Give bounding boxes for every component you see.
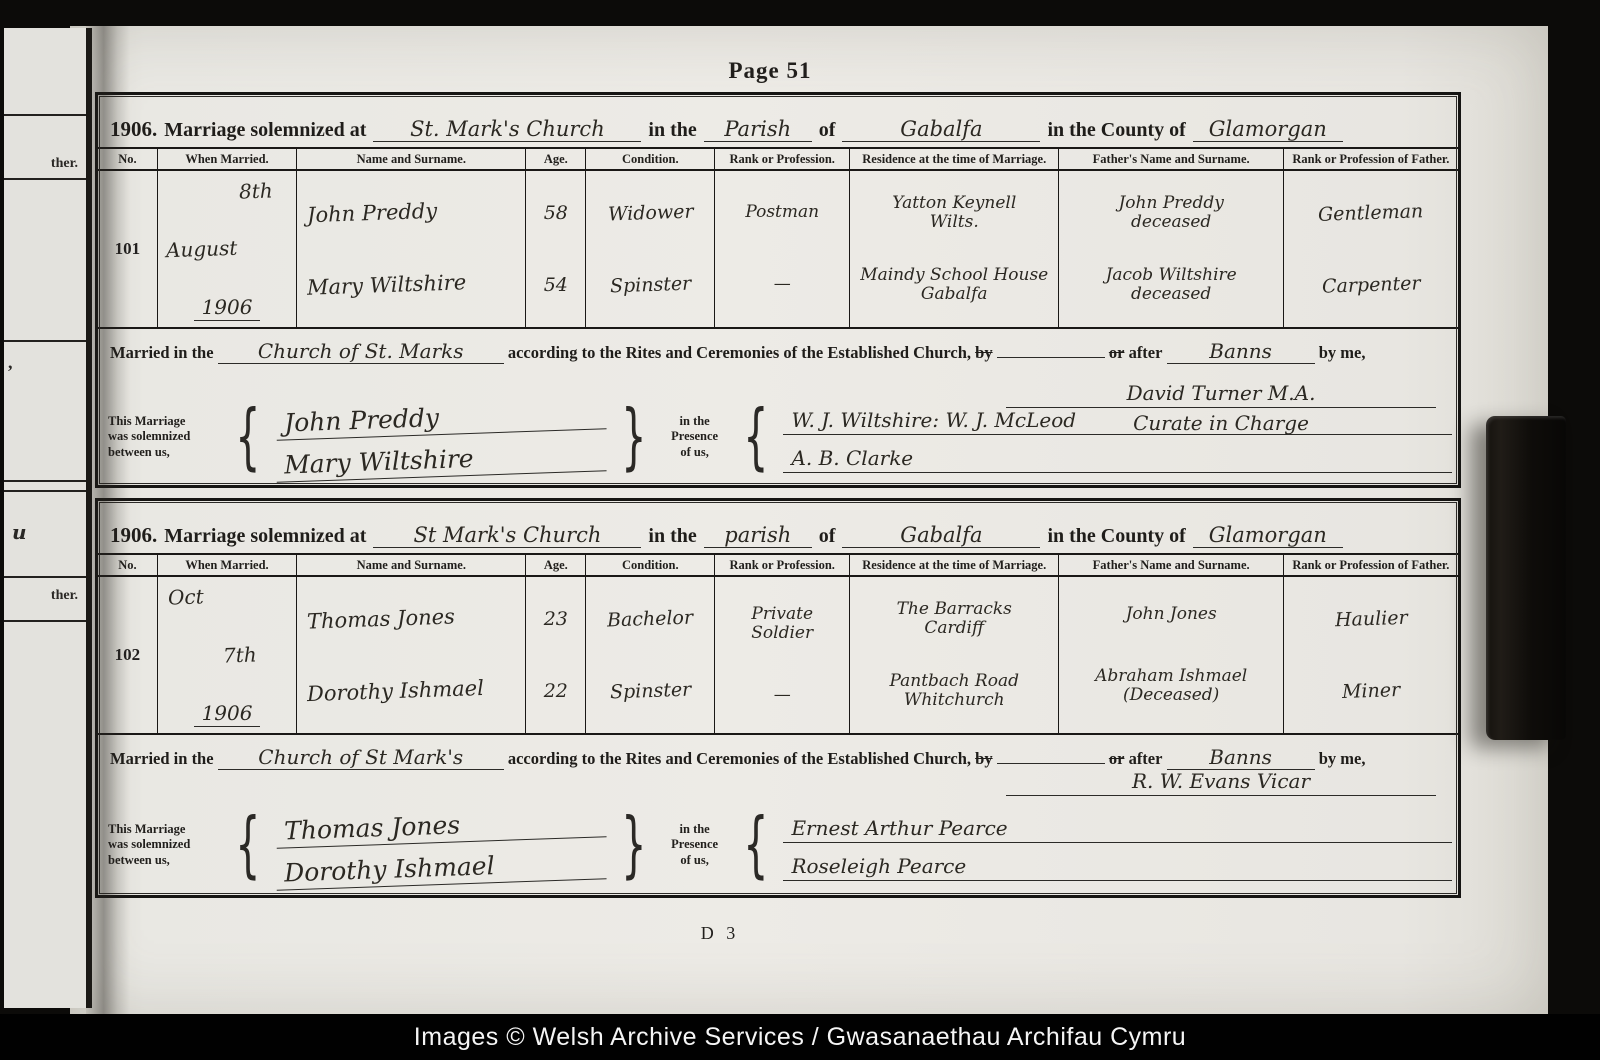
after-label: after (1129, 343, 1163, 362)
solemnized-label: This Marriagewas solemnizedbetween us, (108, 414, 220, 461)
groom-father: John Jones (1126, 605, 1217, 624)
rites-label: according to the Rites and Ceremonies of… (508, 343, 971, 362)
archive-credit-bar: Images © Welsh Archive Services / Gwasan… (0, 1014, 1600, 1060)
licence-blank (997, 344, 1105, 358)
col-when-married: When Married. (158, 555, 297, 575)
year: 1906. (110, 117, 157, 142)
brace-open: { (235, 406, 260, 467)
or-label: or (1109, 343, 1125, 362)
date-day: 7th (223, 642, 257, 667)
date-year: 1906 (194, 295, 261, 321)
officiant-title (1006, 796, 1436, 799)
brace-open: { (743, 406, 768, 467)
col-age: Age. (526, 555, 586, 575)
year: 1906. (110, 523, 157, 548)
col-father-rank: Rank or Profession of Father. (1284, 149, 1458, 169)
groom-name: Thomas Jones (307, 604, 456, 633)
officiant-signature: David Turner M.A. Curate in Charge (1006, 381, 1436, 435)
bride-father-profession: Carpenter (1321, 272, 1420, 297)
marriage-record-101: 1906. Marriage solemnized at St. Mark's … (95, 92, 1461, 488)
record-row: 102 Oct 7th 1906 Thomas Jones Dorothy Is… (98, 577, 1458, 735)
witness-signature-2: A. B. Clarke (783, 439, 1452, 473)
record-header: 1906. Marriage solemnized at St Mark's C… (98, 501, 1458, 553)
plate-mark: D 3 (70, 923, 1370, 944)
bride-father: Abraham Ishmael(Deceased) (1095, 667, 1247, 705)
county-of-label: in the County of (1047, 525, 1185, 548)
bride-name: Mary Wiltshire (307, 270, 467, 300)
date-month: Oct (167, 584, 203, 609)
archive-credit-text: Images © Welsh Archive Services / Gwasan… (414, 1023, 1186, 1052)
father-profession-cell: Gentleman Carpenter (1284, 171, 1458, 327)
when-married-cell: 8th August 1906 (158, 171, 297, 327)
county-entry: Glamorgan (1193, 117, 1343, 142)
table-line (4, 490, 86, 492)
col-when-married: When Married. (158, 149, 297, 169)
col-name-surname: Name and Surname. (297, 149, 526, 169)
officiant-name: David Turner M.A. (1006, 381, 1436, 408)
in-the-label: in the (648, 525, 696, 548)
groom-father-profession: Haulier (1334, 607, 1407, 632)
binding-clip (1486, 416, 1566, 740)
table-line (4, 576, 86, 578)
parish-word-entry: Parish (704, 117, 812, 142)
table-line (4, 340, 86, 342)
col-father-name: Father's Name and Surname. (1059, 149, 1283, 169)
parish-word-entry: parish (704, 523, 812, 548)
facing-page-sliver: ther. , u ther. (4, 28, 92, 1008)
bride-condition: Spinster (609, 679, 691, 704)
parish-entry: Gabalfa (842, 523, 1040, 548)
brace-close: } (621, 406, 646, 467)
married-in-entry: Church of St. Marks (218, 339, 504, 364)
profession-cell: PrivateSoldier — (715, 577, 850, 733)
groom-father: John Preddydeceased (1118, 194, 1223, 232)
officiant-title: Curate in Charge (1006, 408, 1436, 435)
parish-entry: Gabalfa (842, 117, 1040, 142)
church-entry: St Mark's Church (373, 523, 641, 548)
entry-number-cell: 101 (98, 171, 158, 327)
bride-father-profession: Miner (1341, 679, 1400, 703)
witness-signatures: Ernest Arthur Pearce Roseleigh Pearce (783, 809, 1452, 881)
solemnized-at-label: Marriage solemnized at (164, 119, 366, 142)
solemnized-at-label: Marriage solemnized at (164, 525, 366, 548)
officiant-name: R. W. Evans Vicar (1006, 769, 1436, 796)
col-rank: Rank or Profession. (715, 555, 850, 575)
married-in-entry: Church of St Mark's (218, 745, 504, 770)
after-label: after (1129, 749, 1163, 768)
condition-cell: Widower Spinster (586, 171, 715, 327)
brace-open: { (235, 814, 260, 875)
margin-fragment: u (12, 520, 27, 544)
col-no: No. (98, 555, 158, 575)
col-father-rank: Rank or Profession of Father. (1284, 555, 1458, 575)
when-married-cell: Oct 7th 1906 (158, 577, 297, 733)
table-line (4, 480, 86, 482)
col-condition: Condition. (586, 555, 715, 575)
presence-label: in thePresenceof us, (662, 414, 728, 461)
profession-cell: Postman — (715, 171, 850, 327)
couple-signatures: John Preddy Mary Wiltshire (276, 397, 606, 477)
rites-line: Married in the Church of St Mark's accor… (98, 735, 1458, 799)
condition-cell: Bachelor Spinster (586, 577, 715, 733)
margin-fragment: , (8, 352, 13, 373)
brace-open: { (743, 814, 768, 875)
col-no: No. (98, 149, 158, 169)
county-entry: Glamorgan (1193, 523, 1343, 548)
church-entry: St. Mark's Church (373, 117, 641, 142)
groom-profession: Postman (745, 203, 819, 222)
banns-entry: Banns (1167, 339, 1315, 364)
margin-fragment: ther. (51, 156, 78, 172)
date-year: 1906 (194, 701, 261, 727)
record-header: 1906. Marriage solemnized at St. Mark's … (98, 95, 1458, 147)
date-day: 8th (238, 178, 272, 203)
bride-residence: Maindy School HouseGabalfa (860, 266, 1048, 304)
by-label: by (975, 749, 992, 768)
banns-entry: Banns (1167, 745, 1315, 770)
table-line (4, 114, 86, 116)
col-residence: Residence at the time of Marriage. (850, 555, 1059, 575)
witness-signature-1: Ernest Arthur Pearce (783, 809, 1452, 843)
or-label: or (1109, 749, 1125, 768)
rites-label: according to the Rites and Ceremonies of… (508, 749, 971, 768)
ages-cell: 23 22 (526, 577, 586, 733)
bride-father: Jacob Wiltshiredeceased (1106, 266, 1237, 304)
residence-cell: Yatton KeynellWilts. Maindy School House… (850, 171, 1059, 327)
date-month: August (165, 236, 237, 262)
table-line (4, 178, 86, 180)
entry-number-cell: 102 (98, 577, 158, 733)
register-page: Page 51 1906. Marriage solemnized at St.… (70, 26, 1548, 1014)
of-label: of (819, 119, 836, 142)
groom-residence: The BarracksCardiff (897, 600, 1012, 638)
groom-father-profession: Gentleman (1318, 200, 1424, 226)
in-the-label: in the (648, 119, 696, 142)
presence-label: in thePresenceof us, (662, 822, 728, 869)
entry-number: 102 (115, 645, 141, 665)
col-condition: Condition. (586, 149, 715, 169)
bride-profession: — (774, 686, 791, 705)
margin-fragment: ther. (51, 588, 78, 604)
county-of-label: in the County of (1047, 119, 1185, 142)
names-cell: Thomas Jones Dorothy Ishmael (297, 577, 526, 733)
groom-condition: Widower (607, 201, 693, 226)
father-name-cell: John Jones Abraham Ishmael(Deceased) (1059, 577, 1283, 733)
bride-profession: — (774, 275, 791, 294)
couple-signatures: Thomas Jones Dorothy Ishmael (276, 805, 606, 885)
col-age: Age. (526, 149, 586, 169)
entry-number: 101 (115, 239, 141, 259)
groom-condition: Bachelor (607, 607, 694, 632)
bride-condition: Spinster (609, 273, 691, 298)
by-me-label: by me, (1319, 749, 1366, 768)
rites-line: Married in the Church of St. Marks accor… (98, 329, 1458, 393)
bride-signature: Dorothy Ishmael (275, 841, 606, 890)
groom-signature: Thomas Jones (275, 799, 606, 848)
father-profession-cell: Haulier Miner (1284, 577, 1458, 733)
residence-cell: The BarracksCardiff Pantbach RoadWhitchu… (850, 577, 1059, 733)
father-name-cell: John Preddydeceased Jacob Wiltshiredecea… (1059, 171, 1283, 327)
groom-age: 58 (544, 202, 568, 224)
officiant-signature: R. W. Evans Vicar (1006, 769, 1436, 799)
married-in-label: Married in the (110, 343, 214, 362)
groom-name: John Preddy (307, 199, 438, 228)
by-label: by (975, 343, 992, 362)
groom-residence: Yatton KeynellWilts. (892, 194, 1016, 232)
brace-close: } (621, 814, 646, 875)
names-cell: John Preddy Mary Wiltshire (297, 171, 526, 327)
col-rank: Rank or Profession. (715, 149, 850, 169)
by-me-label: by me, (1319, 343, 1366, 362)
witness-signature-2: Roseleigh Pearce (783, 847, 1452, 881)
bride-signature: Mary Wiltshire (275, 433, 606, 482)
married-in-label: Married in the (110, 749, 214, 768)
bride-age: 22 (544, 680, 568, 702)
col-residence: Residence at the time of Marriage. (850, 149, 1059, 169)
groom-profession: PrivateSoldier (751, 605, 813, 643)
bride-name: Dorothy Ishmael (307, 676, 485, 706)
signatures-row: This Marriagewas solemnizedbetween us, {… (98, 799, 1458, 895)
page-number: Page 51 (70, 58, 1470, 84)
licence-blank (997, 750, 1105, 764)
bride-residence: Pantbach RoadWhitchurch (889, 672, 1019, 710)
table-line (4, 620, 86, 622)
col-name-surname: Name and Surname. (297, 555, 526, 575)
col-father-name: Father's Name and Surname. (1059, 555, 1283, 575)
column-headers: No. When Married. Name and Surname. Age.… (98, 553, 1458, 577)
marriage-record-102: 1906. Marriage solemnized at St Mark's C… (95, 498, 1461, 898)
groom-age: 23 (544, 608, 568, 630)
ages-cell: 58 54 (526, 171, 586, 327)
of-label: of (819, 525, 836, 548)
groom-signature: John Preddy (275, 391, 606, 440)
record-row: 101 8th August 1906 John Preddy Mary Wil… (98, 171, 1458, 329)
column-headers: No. When Married. Name and Surname. Age.… (98, 147, 1458, 171)
bride-age: 54 (544, 274, 568, 296)
solemnized-label: This Marriagewas solemnizedbetween us, (108, 822, 220, 869)
